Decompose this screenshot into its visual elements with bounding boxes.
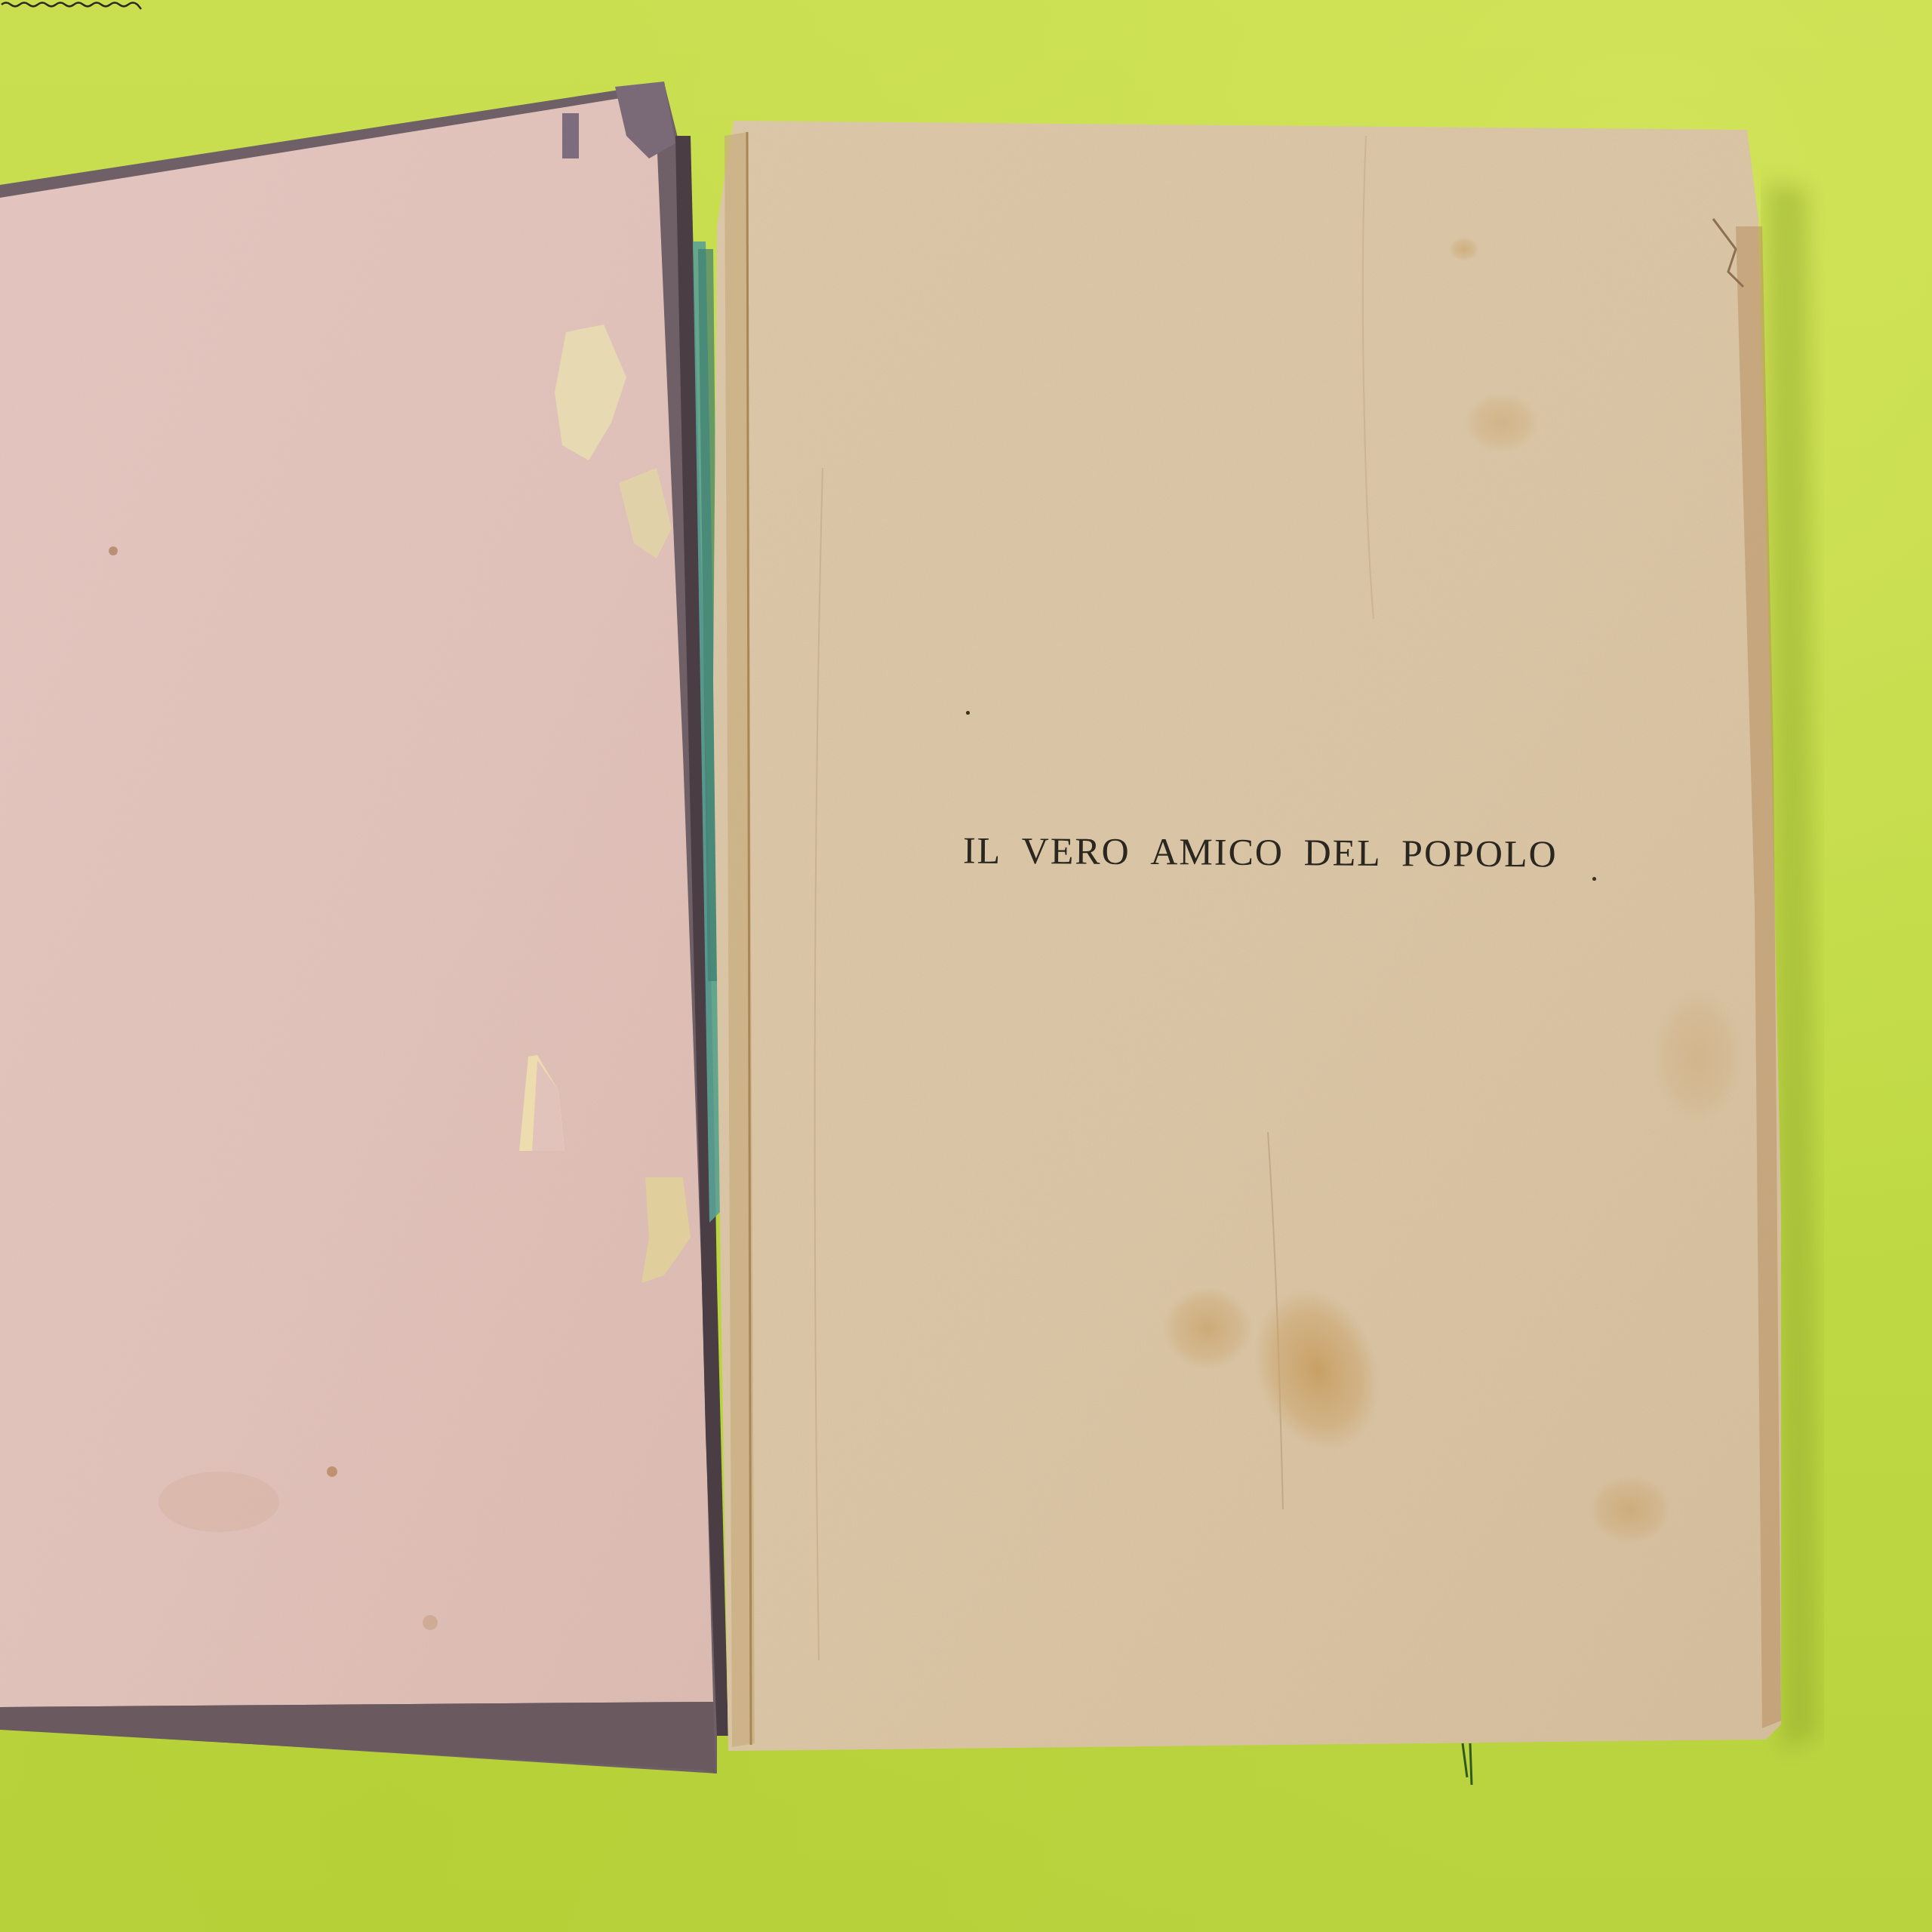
wavy-rule-ornament [0, 0, 147, 15]
book-title: IL VERO AMICO DEL POPOLO [958, 829, 1562, 876]
title-block: IL VERO AMICO DEL POPOLO [928, 830, 1592, 874]
photo-scene: IL VERO AMICO DEL POPOLO [0, 0, 1932, 1932]
ink-speck [966, 711, 970, 715]
title-word: IL [963, 829, 1002, 872]
title-word: DEL [1303, 831, 1382, 874]
right-page-shape [0, 0, 1932, 1932]
title-word: VERO [1022, 829, 1131, 872]
title-word: POPOLO [1401, 832, 1558, 875]
title-word: AMICO [1150, 830, 1284, 873]
ink-speck [1592, 877, 1596, 881]
